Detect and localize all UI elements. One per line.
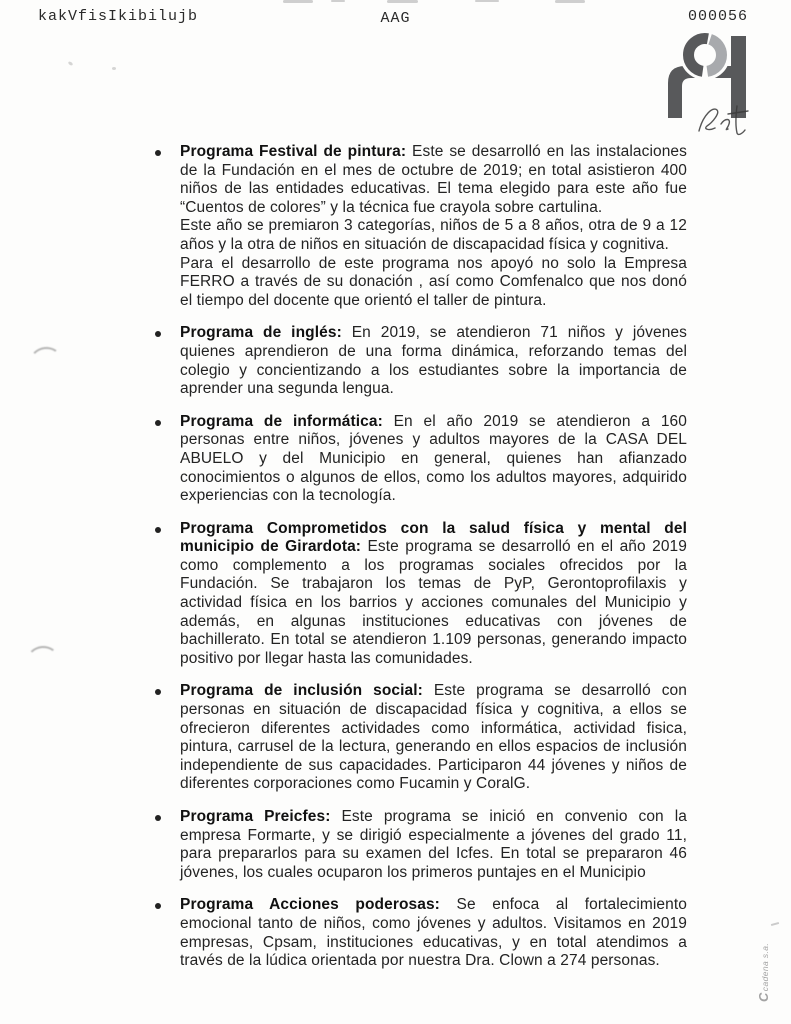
bullet-icon — [155, 527, 161, 533]
program-title: Programa Acciones poderosas: — [180, 896, 440, 913]
printer-watermark-initial: C — [756, 992, 771, 1002]
scan-artifact — [475, 0, 499, 2]
scanned-document-page: kakVfisIkibilujb AAG 000056 Programa Fes… — [0, 0, 791, 1024]
bullet-icon — [155, 420, 161, 426]
program-title: Programa Preicfes: — [180, 808, 331, 825]
bullet-icon — [155, 903, 161, 909]
program-title: Programa de informática: — [180, 413, 383, 430]
folio-number: 000056 — [688, 8, 748, 25]
scan-artifact — [387, 0, 418, 3]
program-list: Programa Festival de pintura: Este se de… — [155, 143, 687, 985]
printer-watermark: Ccadena s.a. — [756, 943, 771, 1002]
scan-artifact — [331, 0, 345, 2]
document-code-left: kakVfisIkibilujb — [38, 8, 198, 25]
program-text: Este año se premiaron 3 categorías, niño… — [180, 217, 687, 254]
bullet-icon — [155, 815, 161, 821]
program-text: Este programa se desarrolló en el año 20… — [180, 538, 687, 667]
printer-watermark-text: cadena s.a. — [760, 943, 770, 991]
scan-arc-mark — [26, 645, 60, 675]
list-item: Programa de informática: En el año 2019 … — [155, 413, 687, 506]
list-item: Programa Preicfes: Este programa se inic… — [155, 808, 687, 882]
list-item: Programa de inglés: En 2019, se atendier… — [155, 324, 687, 398]
bullet-icon — [155, 689, 161, 695]
program-text: Para el desarrollo de este programa nos … — [180, 255, 687, 311]
handwritten-signature — [693, 100, 755, 142]
list-item: Programa Festival de pintura: Este se de… — [155, 143, 687, 310]
program-title: Programa de inglés: — [180, 324, 342, 341]
scan-speck — [68, 61, 74, 66]
list-item: Programa de inclusión social: Este progr… — [155, 682, 687, 794]
scan-arc-mark — [29, 345, 64, 376]
document-code-center: AAG — [380, 10, 410, 27]
bullet-icon — [155, 150, 161, 156]
list-item: Programa Acciones poderosas: Se enfoca a… — [155, 896, 687, 970]
scan-artifact — [283, 0, 313, 3]
list-item: Programa Comprometidos con la salud físi… — [155, 520, 687, 669]
program-title: Programa Festival de pintura: — [180, 143, 406, 160]
scan-tick-mark — [771, 922, 779, 926]
scan-artifact — [555, 0, 585, 3]
program-title: Programa de inclusión social: — [180, 682, 423, 699]
scan-speck — [112, 67, 116, 70]
bullet-icon — [155, 331, 161, 337]
